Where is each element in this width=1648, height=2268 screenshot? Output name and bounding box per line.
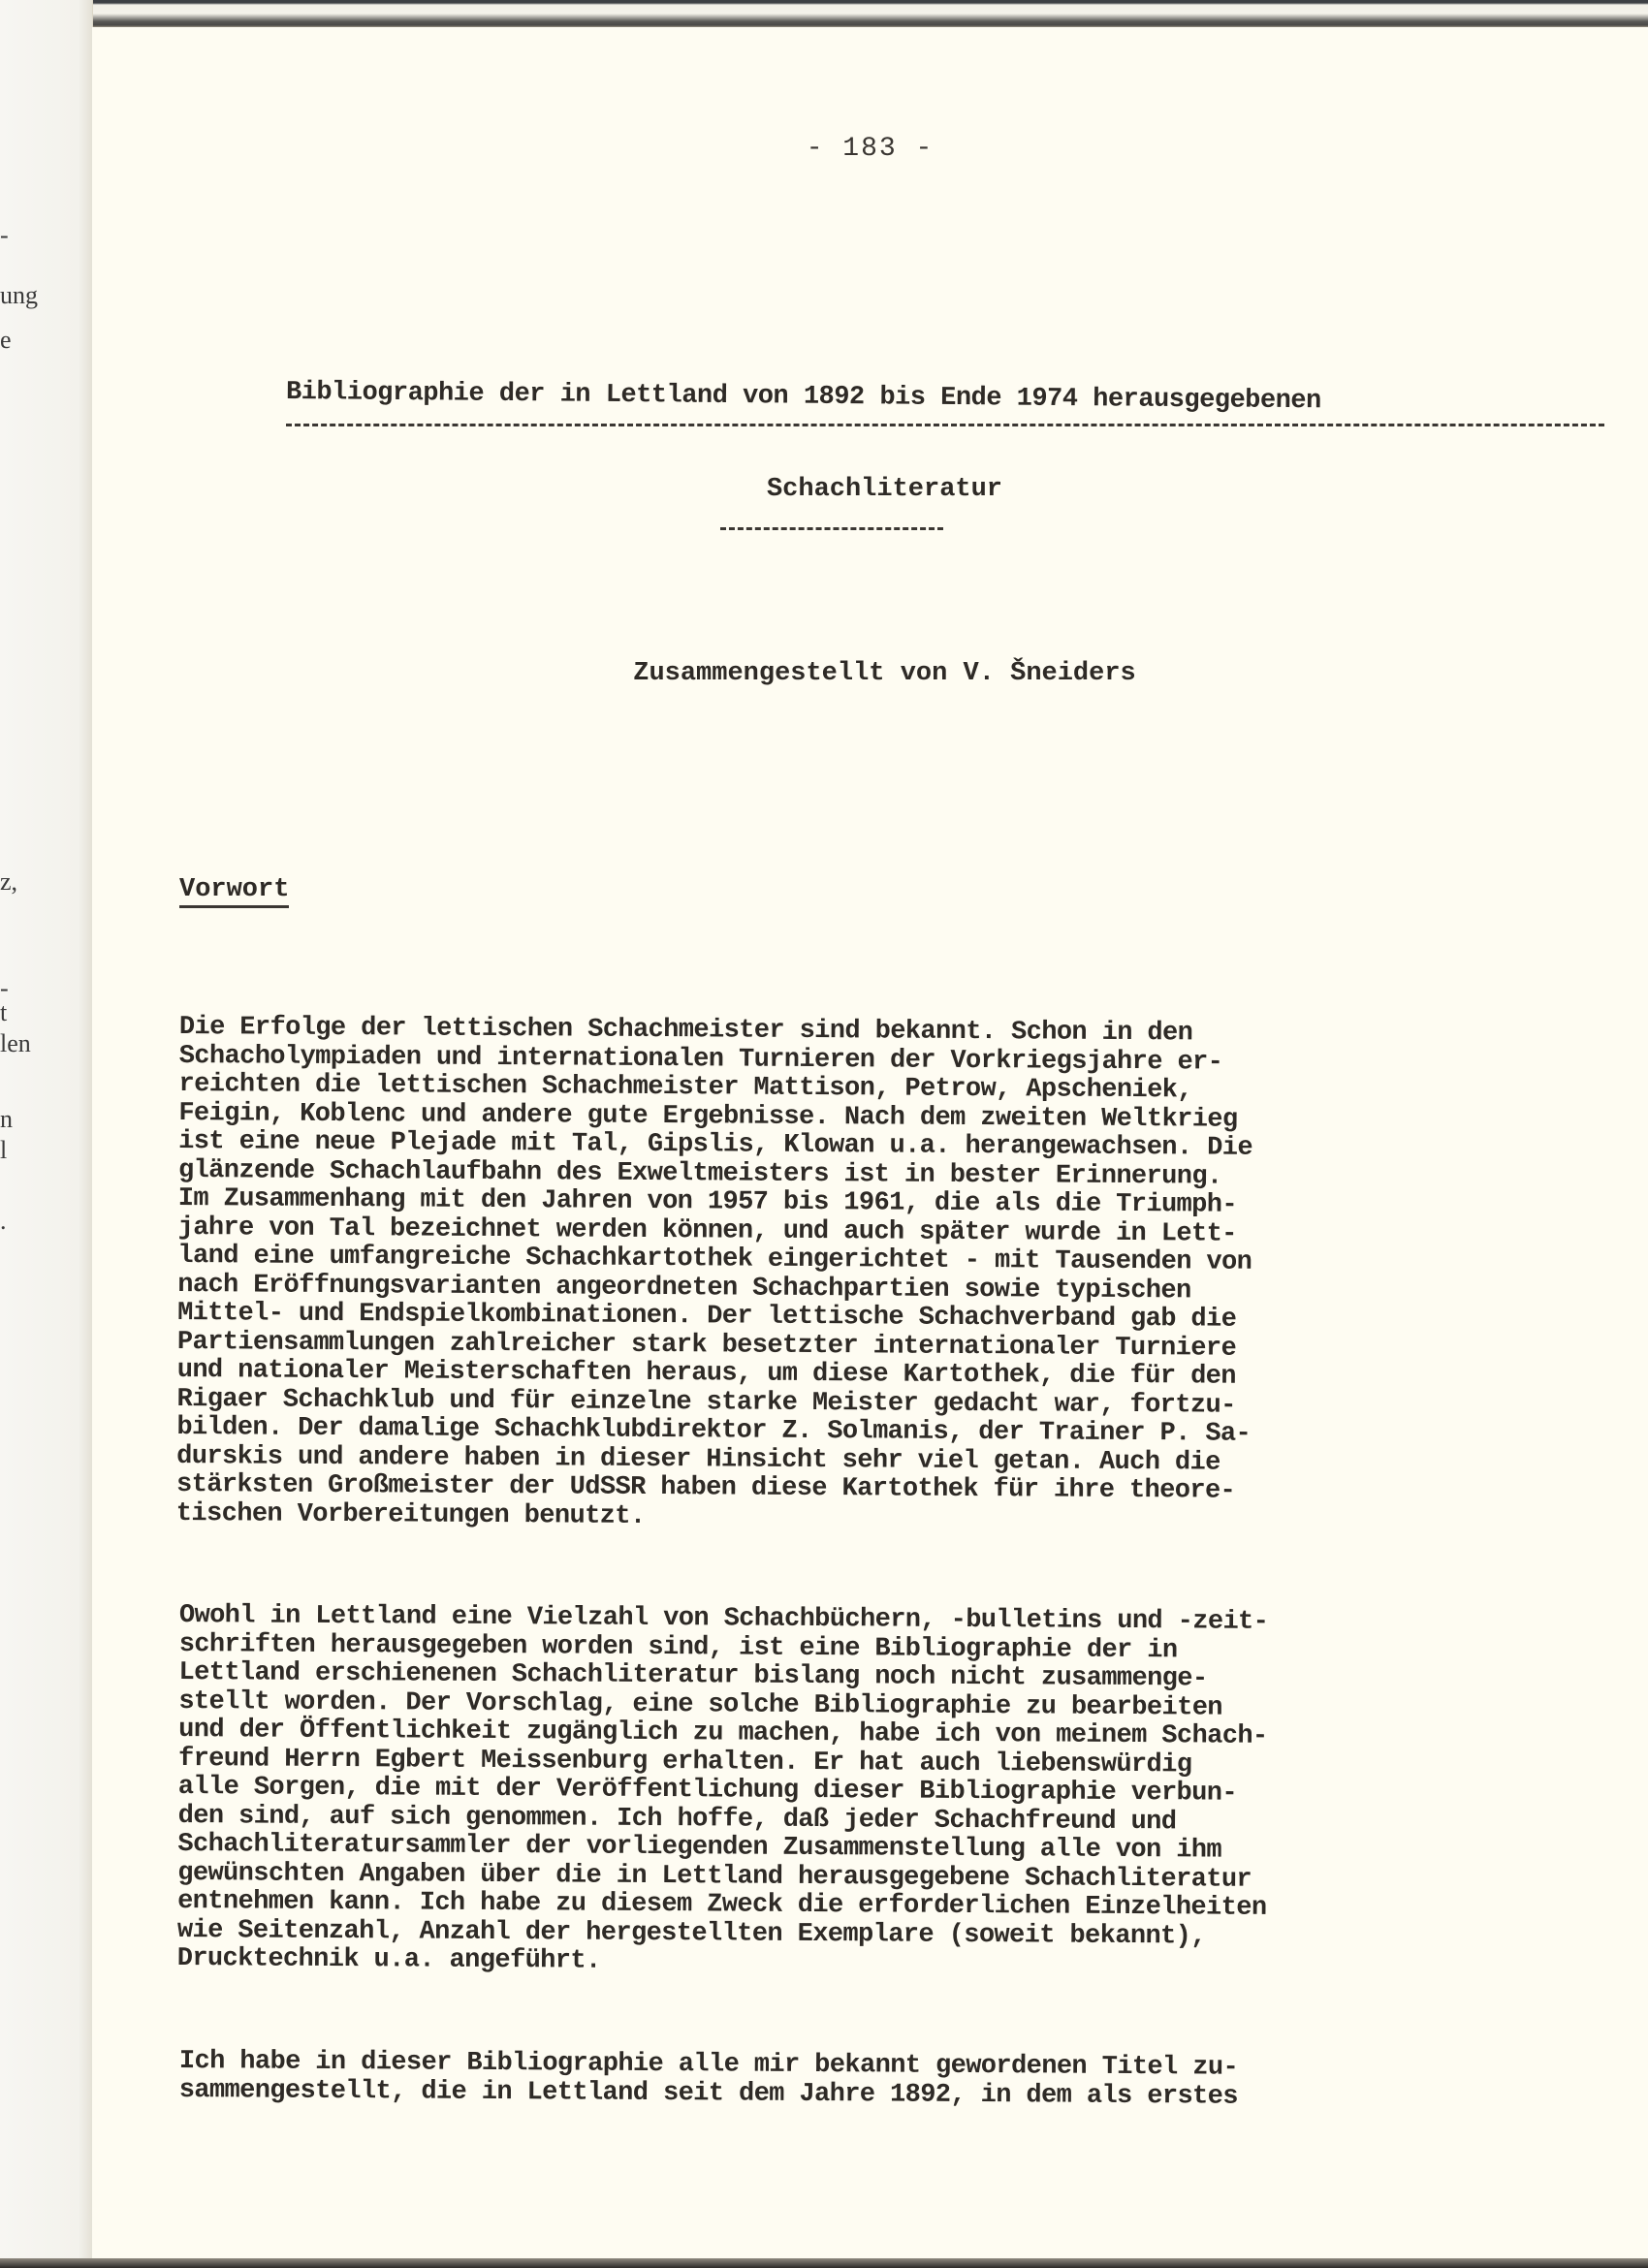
facing-page-fragment: n bbox=[0, 1105, 13, 1134]
facing-page-fragment: t bbox=[0, 998, 7, 1027]
facing-page-fragment: . bbox=[0, 1207, 7, 1236]
facing-page-fragment: ung bbox=[0, 281, 38, 310]
title-underline-divider bbox=[286, 424, 1604, 426]
compiler-credit: Zusammengestellt von V. Šneiders bbox=[92, 659, 1648, 688]
scan-top-edge bbox=[0, 0, 1648, 29]
facing-page-fragment: z, bbox=[0, 867, 17, 897]
section-heading-vorwort: Vorwort bbox=[179, 875, 289, 908]
paragraph-2: Owohl in Lettland eine Vielzahl von Scha… bbox=[177, 1602, 1595, 1982]
facing-page-fragment: l bbox=[0, 1136, 7, 1165]
facing-page-fragment: len bbox=[0, 1029, 31, 1058]
page-number: - 183 - bbox=[92, 134, 1648, 164]
document-page: - 183 - Bibliographie der in Lettland vo… bbox=[92, 27, 1648, 2258]
subtitle-underline-divider bbox=[720, 527, 943, 530]
facing-page-fragment: - bbox=[0, 221, 9, 250]
scan-bottom-edge bbox=[0, 2258, 1648, 2268]
facing-page-margin: - ung e z, - t len n l . bbox=[0, 0, 93, 2268]
facing-page-fragment: e bbox=[0, 326, 12, 355]
document-title: Bibliographie der in Lettland von 1892 b… bbox=[286, 378, 1585, 419]
paragraph-1: Die Erfolge der lettischen Schachmeister… bbox=[176, 1014, 1595, 1537]
document-subtitle: Schachliteratur bbox=[92, 475, 1648, 504]
paragraph-3: Ich habe in dieser Bibliographie alle mi… bbox=[179, 2048, 1595, 2114]
